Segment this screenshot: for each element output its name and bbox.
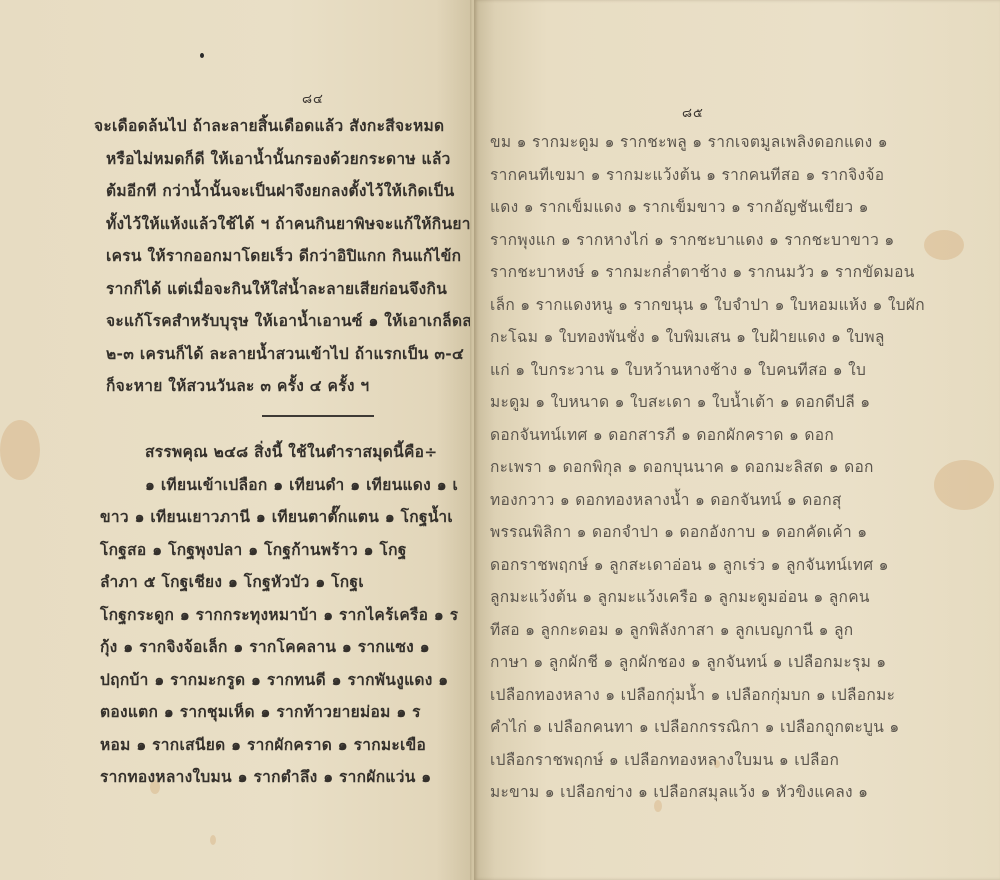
- text-line: มะดูม ๑ ใบหนาด ๑ ใบสะเดา ๑ ใบน้ำเต้า ๑ ด…: [490, 386, 925, 419]
- text-line: ดอกราชพฤกษ์ ๑ ลูกสะเดาอ่อน ๑ ลูกเร่ว ๑ ล…: [490, 549, 925, 582]
- text-line: จะแก้โรคสำหรับบุรุษ ให้เอาน้ำเอานซ์ ๑ ให…: [94, 305, 472, 338]
- text-line: เปลือกทองหลาง ๑ เปลือกกุ่มน้ำ ๑ เปลือกกุ…: [490, 679, 925, 712]
- page-number-left: ๘๔: [302, 88, 324, 109]
- paper-stain: [210, 835, 216, 845]
- left-paragraph-2: สรรพคุณ ๒๔๘ สิ่งนี้ ใช้ในตำราสมุดนี้คือ÷…: [100, 436, 458, 794]
- paper-stain: [934, 460, 994, 510]
- text-line: หอม ๑ รากเสนียด ๑ รากผักคราด ๑ รากมะเขือ: [100, 729, 458, 762]
- left-page: ๘๔ จะเดือดล้นไป ถ้าละลายสิ้นเดือดแล้ว สั…: [0, 0, 474, 880]
- text-line: เล็ก ๑ รากแดงหนู ๑ รากขนุน ๑ ใบจำปา ๑ ใบ…: [490, 289, 925, 322]
- text-line: เปลือกราชพฤกษ์ ๑ เปลือกทองหลางใบมน ๑ เปล…: [490, 744, 925, 777]
- text-line: ตองแตก ๑ รากชุมเห็ด ๑ รากท้าวยายม่อม ๑ ร: [100, 696, 458, 729]
- text-line: ลำภา ๕ โกฐเชียง ๑ โกฐหัวบัว ๑ โกฐเ: [100, 566, 458, 599]
- text-line: รากก็ได้ แต่เมื่อจะกินให้ใส่น้ำละลายเสีย…: [94, 273, 472, 306]
- right-paragraph: ขม ๑ รากมะดูม ๑ รากชะพลู ๑ รากเจตมูลเพลิ…: [490, 126, 925, 809]
- paper-stain: [924, 230, 964, 260]
- text-line: กุ้ง ๑ รากจิงจ้อเล็ก ๑ รากโคคลาน ๑ รากแซ…: [100, 631, 458, 664]
- text-line: รากพุงแก ๑ รากหางไก่ ๑ รากชะบาแดง ๑ รากช…: [490, 224, 925, 257]
- section-heading: สรรพคุณ ๒๔๘ สิ่งนี้ ใช้ในตำราสมุดนี้คือ÷: [100, 436, 458, 469]
- text-line: แดง ๑ รากเข็มแดง ๑ รากเข็มขาว ๑ รากอัญชั…: [490, 191, 925, 224]
- text-line: เครน ให้รากออกมาโดยเร็ว ดีกว่าอิปิแกก กิ…: [94, 240, 472, 273]
- text-line: ๒-๓ เครนก็ได้ ละลายน้ำสวนเข้าไป ถ้าแรกเป…: [94, 338, 472, 371]
- text-line: แก่ ๑ ใบกระวาน ๑ ใบหว้านหางช้าง ๑ ใบคนที…: [490, 354, 925, 387]
- text-line: กาษา ๑ ลูกผักชี ๑ ลูกผักชอง ๑ ลูกจันทน์ …: [490, 646, 925, 679]
- text-line: ทีสอ ๑ ลูกกะดอม ๑ ลูกพิลังกาสา ๑ ลูกเบญก…: [490, 614, 925, 647]
- text-line: โกฐกระดูก ๑ รากกระทุงหมาบ้า ๑ รากไคร้เคร…: [100, 599, 458, 632]
- text-line: คำไก่ ๑ เปลือกคนทา ๑ เปลือกกรรณิกา ๑ เปล…: [490, 711, 925, 744]
- text-line: ดอกจันทน์เทศ ๑ ดอกสารภี ๑ ดอกผักคราด ๑ ด…: [490, 419, 925, 452]
- text-line: ก็จะหาย ให้สวนวันละ ๓ ครั้ง ๔ ครั้ง ฯ: [94, 370, 472, 403]
- text-line: รากคนทีเขมา ๑ รากมะแว้งต้น ๑ รากคนทีสอ ๑…: [490, 159, 925, 192]
- left-paragraph-1: จะเดือดล้นไป ถ้าละลายสิ้นเดือดแล้ว สังกะ…: [94, 110, 472, 403]
- text-line: ๑ เทียนเข้าเปลือก ๑ เทียนดำ ๑ เทียนแดง ๑…: [100, 469, 458, 502]
- text-line: กะโฉม ๑ ใบทองพันชั่ง ๑ ใบพิมเสน ๑ ใบฝ้าย…: [490, 321, 925, 354]
- text-line: ต้มอีกที กว่าน้ำนั้นจะเป็นฝาจึงยกลงตั้งไ…: [94, 175, 472, 208]
- section-divider: [262, 415, 374, 417]
- text-line: หรือไม่หมดก็ดี ให้เอาน้ำนั้นกรองด้วยกระด…: [94, 143, 472, 176]
- text-line: ลูกมะแว้งต้น ๑ ลูกมะแว้งเครือ ๑ ลูกมะดูม…: [490, 581, 925, 614]
- text-line: ทองกวาว ๑ ดอกทองหลางน้ำ ๑ ดอกจันทน์ ๑ ดอ…: [490, 484, 925, 517]
- text-line: ปฤกบ้า ๑ รากมะกรูด ๑ รากทนดี ๑ รากพันงูแ…: [100, 664, 458, 697]
- page-number-right: ๘๕: [682, 102, 704, 123]
- text-line: จะเดือดล้นไป ถ้าละลายสิ้นเดือดแล้ว สังกะ…: [94, 110, 472, 143]
- text-line: พรรณพิลิกา ๑ ดอกจำปา ๑ ดอกอังกาบ ๑ ดอกคั…: [490, 516, 925, 549]
- paper-stain: [0, 420, 40, 480]
- right-page: ๘๕ ขม ๑ รากมะดูม ๑ รากชะพลู ๑ รากเจตมูลเ…: [474, 0, 1000, 880]
- open-book-spread: ๘๔ จะเดือดล้นไป ถ้าละลายสิ้นเดือดแล้ว สั…: [0, 0, 1000, 880]
- text-line: โกฐสอ ๑ โกฐพุงปลา ๑ โกฐก้านพร้าว ๑ โกฐ: [100, 534, 458, 567]
- text-line: กะเพรา ๑ ดอกพิกุล ๑ ดอกบุนนาค ๑ ดอกมะลิส…: [490, 451, 925, 484]
- text-line: ทั้งไว้ให้แห้งแล้วใช้ได้ ฯ ถ้าคนกินยาพิษ…: [94, 208, 472, 241]
- ink-speck: [200, 53, 204, 58]
- text-line: ขม ๑ รากมะดูม ๑ รากชะพลู ๑ รากเจตมูลเพลิ…: [490, 126, 925, 159]
- text-line: มะขาม ๑ เปลือกข่าง ๑ เปลือกสมุลแว้ง ๑ หั…: [490, 776, 925, 809]
- text-line: รากทองหลางใบมน ๑ รากตำลึง ๑ รากผักแว่น ๑: [100, 761, 458, 794]
- text-line: ขาว ๑ เทียนเยาวภานี ๑ เทียนตาตั๊กแตน ๑ โ…: [100, 501, 458, 534]
- text-line: รากชะบาหงษ์ ๑ รากมะกล่ำตาช้าง ๑ รากนมวัว…: [490, 256, 925, 289]
